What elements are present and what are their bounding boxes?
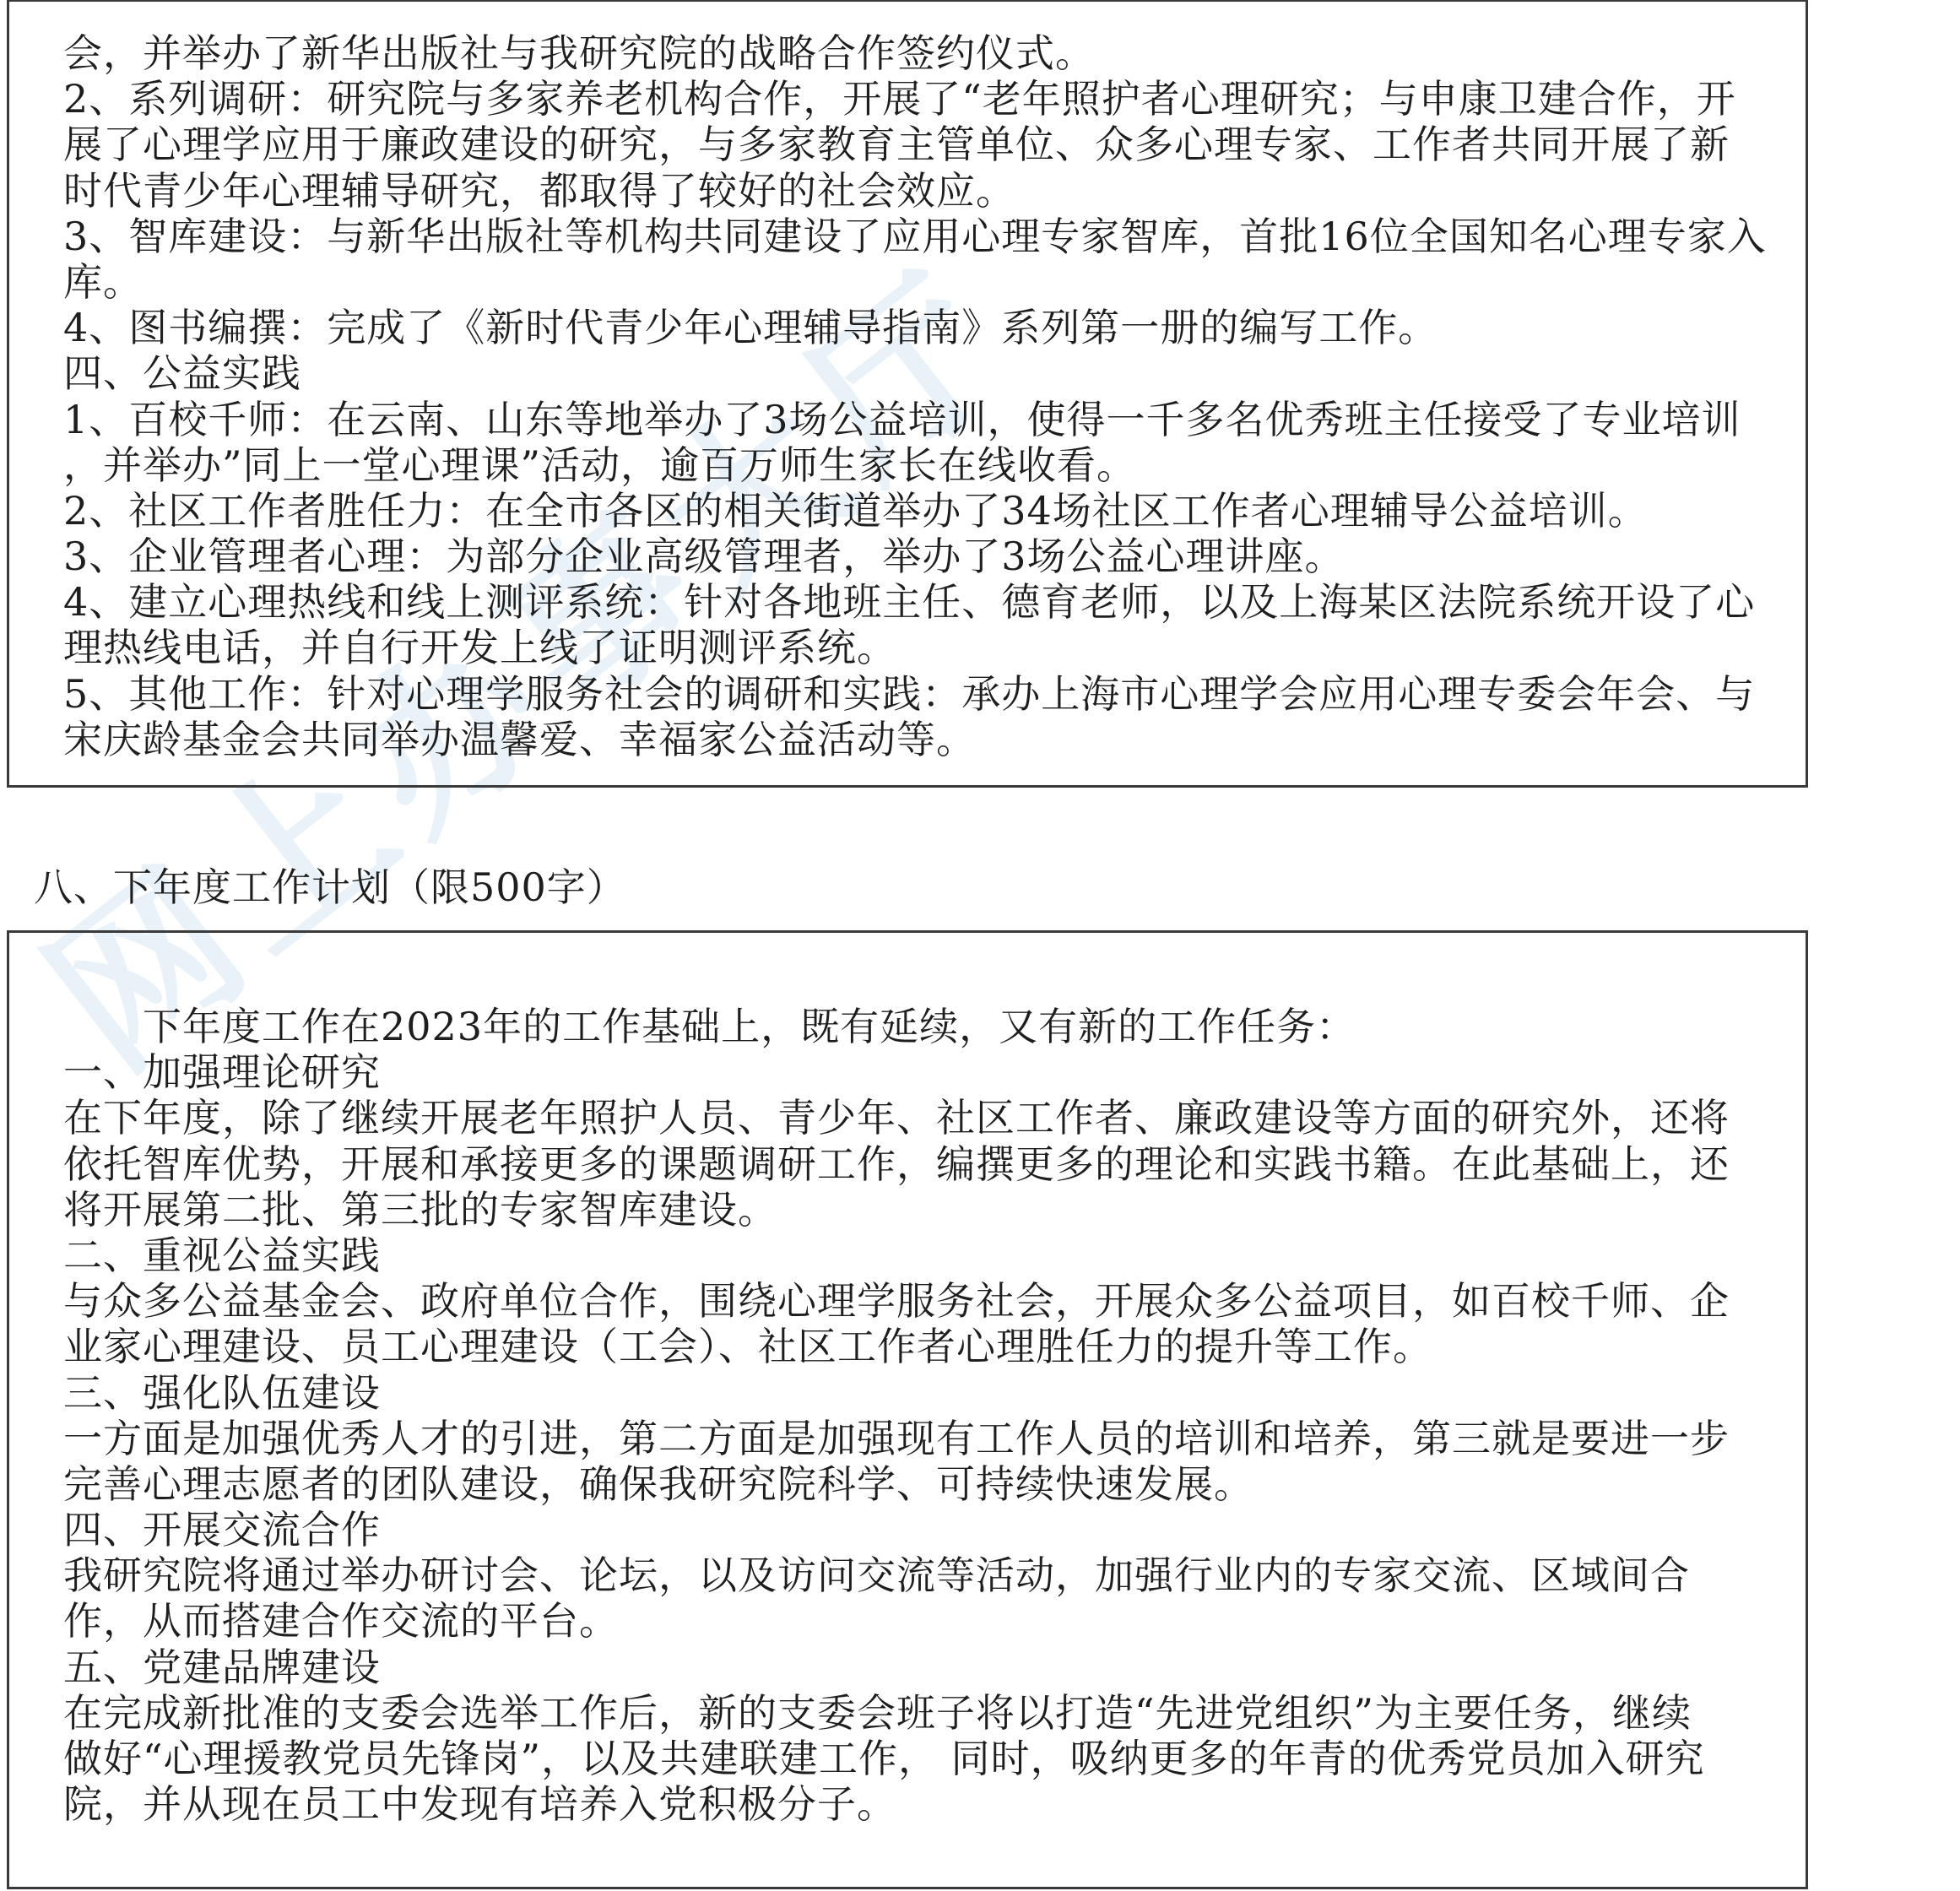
text-line: 在下年度，除了继续开展老年照护人员、青少年、社区工作者、廉政建设等方面的研究外，… [63,1095,1755,1141]
text-line: 3、智库建设：与新华出版社等机构共同建设了应用心理专家智库，首批16位全国知名心… [63,214,1755,259]
text-line: 库。 [63,259,1755,305]
text-line: 会，并举办了新华出版社与我研究院的战略合作签约仪式。 [63,30,1755,76]
section8-text-box: 下年度工作在2023年的工作基础上，既有延续，又有新的工作任务： 一、加强理论研… [7,930,1808,1889]
subheading-line: 五、党建品牌建设 [63,1644,1755,1690]
text-line: 作，从而搭建合作交流的平台。 [63,1598,1755,1644]
text-line: 依托智库优势，开展和承接更多的课题调研工作，编撰更多的理论和实践书籍。在此基础上… [63,1141,1755,1187]
section8-heading: 八、下年度工作计划（限500字） [34,864,626,910]
text-line: 4、建立心理热线和线上测评系统：针对各地班主任、德育老师，以及上海某区法院系统开… [63,579,1755,625]
text-line: 我研究院将通过举办研讨会、论坛，以及访问交流等活动，加强行业内的专家交流、区域间… [63,1552,1755,1598]
subheading-line: 四、开展交流合作 [63,1507,1755,1552]
text-line: 时代青少年心理辅导研究，都取得了较好的社会效应。 [63,168,1755,214]
text-line: 展了心理学应用于廉政建设的研究，与多家教育主管单位、众多心理专家、工作者共同开展… [63,122,1755,167]
text-line: 做好“心理援教党员先锋岗”，以及共建联建工作， 同时，吸纳更多的年青的优秀党员加… [63,1736,1755,1781]
text-line: ，并举办”同上一堂心理课”活动，逾百万师生家长在线收看。 [63,442,1755,488]
text-line: 4、图书编撰：完成了《新时代青少年心理辅导指南》系列第一册的编写工作。 [63,305,1755,350]
section7-text-box: 会，并举办了新华出版社与我研究院的战略合作签约仪式。 2、系列调研：研究院与多家… [7,0,1808,788]
subheading-line: 一、加强理论研究 [63,1049,1755,1095]
text-line: 在完成新批准的支委会选举工作后，新的支委会班子将以打造“先进党组织”为主要任务，… [63,1690,1755,1736]
text-line: 完善心理志愿者的团队建设，确保我研究院科学、可持续快速发展。 [63,1461,1755,1507]
text-line: 2、系列调研：研究院与多家养老机构合作，开展了“老年照护者心理研究；与申康卫建合… [63,76,1755,122]
text-line: 将开展第二批、第三批的专家智库建设。 [63,1187,1755,1233]
text-line: 3、企业管理者心理：为部分企业高级管理者，举办了3场公益心理讲座。 [63,534,1755,579]
subheading-line: 四、公益实践 [63,350,1755,396]
text-line: 5、其他工作：针对心理学服务社会的调研和实践：承办上海市心理学会应用心理专委会年… [63,671,1755,717]
subheading-line: 三、强化队伍建设 [63,1370,1755,1416]
text-line: 1、百校千师：在云南、山东等地举办了3场公益培训，使得一千多名优秀班主任接受了专… [63,397,1755,442]
text-line: 院，并从现在员工中发现有培养入党积极分子。 [63,1781,1755,1827]
text-line: 宋庆龄基金会共同举办温馨爱、幸福家公益活动等。 [63,717,1755,762]
text-line: 一方面是加强优秀人才的引进，第二方面是加强现有工作人员的培训和培养，第三就是要进… [63,1416,1755,1461]
section8-lines: 下年度工作在2023年的工作基础上，既有延续，又有新的工作任务： 一、加强理论研… [63,1004,1755,1827]
intro-line: 下年度工作在2023年的工作基础上，既有延续，又有新的工作任务： [63,1004,1755,1049]
text-line: 理热线电话，并自行开发上线了证明测评系统。 [63,625,1755,670]
text-line: 与众多公益基金会、政府单位合作，围绕心理学服务社会，开展众多公益项目，如百校千师… [63,1278,1755,1324]
text-line: 2、社区工作者胜任力：在全市各区的相关街道举办了34场社区工作者心理辅导公益培训… [63,488,1755,534]
subheading-line: 二、重视公益实践 [63,1233,1755,1278]
text-line: 业家心理建设、员工心理建设（工会）、社区工作者心理胜任力的提升等工作。 [63,1324,1755,1369]
section7-lines: 会，并举办了新华出版社与我研究院的战略合作签约仪式。 2、系列调研：研究院与多家… [63,30,1755,762]
